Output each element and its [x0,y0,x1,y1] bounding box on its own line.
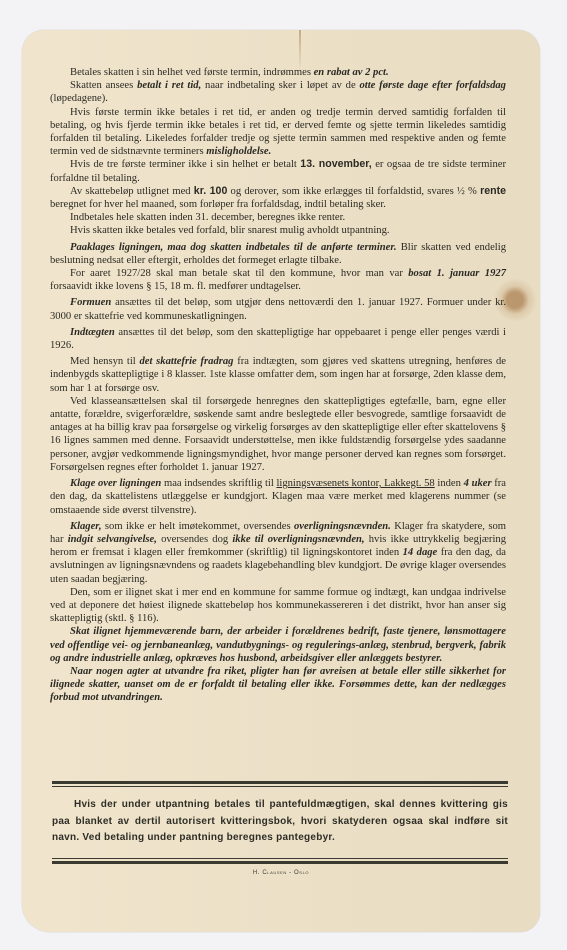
paragraph: Hvis de tre første terminer ikke i sin h… [50,158,506,184]
emphasis: en rabat av 2 pct. [314,67,389,78]
tax-notice-paper: Betales skatten i sin helhet ved første … [22,30,540,932]
emphasis: ikke til overligningsnævnden, [232,534,364,545]
emphasis: ligningsvæsenets kontor, Lakkegt. 58 [276,478,434,489]
printer-imprint: H. Clausen - Oslo [22,870,540,876]
double-rule-top [52,781,508,789]
emphasis: betalt i ret tid, [137,80,201,91]
paragraph: Av skattebeløp utlignet med kr. 100 og d… [50,185,506,211]
emphasis: 13. november, [300,158,371,170]
emphasis: Paaklages ligningen, maa dog skatten ind… [70,242,397,253]
paragraph: Med hensyn til det skattefrie fradrag fr… [50,355,506,395]
paragraph: Klage over ligningen maa indsendes skrif… [50,477,506,517]
emphasis: kr. 100 [194,185,228,197]
emphasis: det skattefrie fradrag [139,356,233,367]
paragraph: Hvis skatten ikke betales ved forfald, b… [50,224,506,237]
emphasis: Naar nogen agter at utvandre fra riket, … [50,666,506,703]
paragraph: Hvis første termin ikke betales i ret ti… [50,106,506,159]
emphasis: overligningsnævnden. [294,521,391,532]
emphasis: misligholdelse. [206,146,271,157]
emphasis: indgit selvangivelse, [68,534,157,545]
distraint-notice: Hvis der under utpantning betales til pa… [52,797,508,847]
emphasis: 14 dage [403,547,438,558]
paragraph: Den, som er ilignet skat i mer end en ko… [50,586,506,626]
emphasis: Indtægten [70,327,115,338]
paper-crease [299,30,301,70]
paragraph: Paaklages ligningen, maa dog skatten ind… [50,241,506,267]
paragraph: Betales skatten i sin helhet ved første … [50,66,506,79]
emphasis: bosat 1. januar 1927 [408,268,506,279]
double-rule-bottom [52,856,508,864]
paragraph: Indbetales hele skatten inden 31. decemb… [50,211,506,224]
tax-rules-text: Betales skatten i sin helhet ved første … [50,66,506,705]
emphasis: 4 uker [464,478,492,489]
paragraph: Klager, som ikke er helt imøtekommet, ov… [50,520,506,586]
emphasis: otte første dage efter forfaldsdag [359,80,506,91]
paragraph: Naar nogen agter at utvandre fra riket, … [50,665,506,705]
emphasis: Klage over ligningen [70,478,161,489]
emphasis: Klager, [70,521,102,532]
paragraph: Indtægten ansættes til det beløp, som de… [50,326,506,352]
paragraph: Ved klasseansættelsen skal til forsørged… [50,395,506,474]
paragraph: Formuen ansættes til det beløp, som utgj… [50,296,506,322]
emphasis: rente [480,185,506,197]
paragraph: For aaret 1927/28 skal man betale skat t… [50,267,506,293]
emphasis: Formuen [70,297,111,308]
paragraph: Skatten ansees betalt i ret tid, naar in… [50,79,506,105]
paragraph: Skat ilignet hjemmeværende barn, der arb… [50,625,506,665]
emphasis: Skat ilignet hjemmeværende barn, der arb… [50,626,506,663]
